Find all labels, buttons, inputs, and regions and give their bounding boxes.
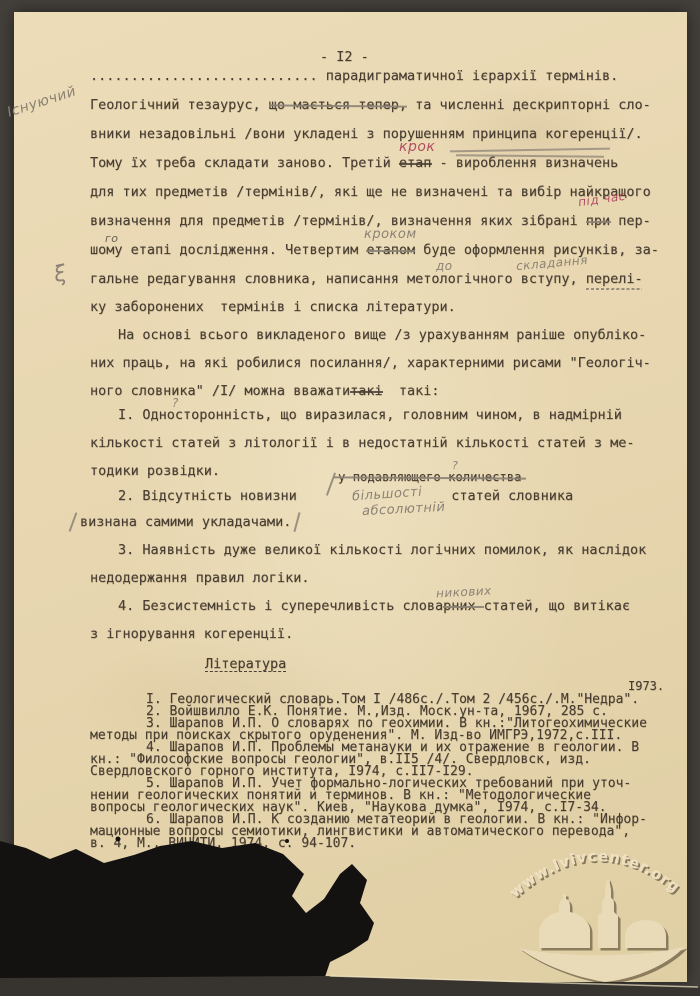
handwritten-correction-krok: крок (399, 139, 435, 155)
typed-strikethrough-taki (350, 391, 383, 393)
handwritten-insert-do: до (436, 259, 453, 273)
typed-line: для тих предметів /термінів/, які ще не … (90, 185, 651, 200)
typed-line: гальне редагування словника, написання м… (90, 272, 643, 287)
typed-line: 4. Безсистемність і суперечливість слова… (118, 599, 630, 614)
typed-line: Тому їх треба складати заново. Третій ет… (90, 156, 618, 171)
typed-line: І. Односторонність, що виразилася, голов… (118, 408, 622, 423)
literature-heading: Література (205, 658, 286, 672)
year-note: І973. (628, 680, 664, 692)
pencil-question-mark: ? (172, 396, 179, 410)
pencil-wavy-underline (586, 288, 642, 290)
typed-line: ного словника" /І/ можна вважатитакі так… (90, 384, 440, 399)
scanned-document-photo: - І2 - ............................ пара… (0, 0, 700, 996)
handwritten-correction-ho: го (105, 232, 119, 245)
watermark-city-logo (519, 878, 688, 985)
pencil-strikethrough-pry (586, 221, 611, 223)
watermark-url-arc: www.lvivcenter.org www.lvivcenter.org (507, 852, 685, 903)
svg-text:www.lvivcenter.org: www.lvivcenter.org (507, 852, 683, 901)
watermark: www.lvivcenter.org www.lvivcenter.org (503, 852, 693, 990)
typed-line: них праць, на які робилися посилання/, х… (90, 356, 651, 371)
typed-line: визнана самими укладачами. (80, 515, 291, 530)
pencil-strikethrough-arnykh (443, 606, 484, 608)
pencil-question-mark: ? (452, 459, 458, 472)
typed-line: 3. Наявність дуже великої кількості логі… (118, 543, 646, 558)
handwritten-correction-krokom: кроком (364, 227, 417, 242)
typed-line: 2. Відсутність новизни статей словника (118, 489, 573, 504)
typed-line: ............................ парадиграма… (90, 69, 618, 84)
handwritten-nykovykh: никових (436, 584, 492, 601)
page-number: - І2 - (320, 50, 369, 65)
typed-line: кількості статей з літології і в недоста… (90, 436, 635, 451)
typed-line: тодики розвідки. (90, 464, 220, 479)
pencil-strikethrough-etapom (366, 250, 415, 252)
typed-line: На основі всього викладеного вище /з ура… (118, 328, 646, 343)
typed-strikethrough-etap (399, 163, 432, 165)
typed-line: недодержання правил логіки. (90, 571, 309, 586)
typed-line: вники незадовільні /вони укладені з пору… (90, 127, 643, 142)
typed-line: з ігнорування когеренції. (90, 627, 293, 642)
typed-line: ку заборонених термінів і списка літерат… (90, 300, 456, 315)
reference-line: в. 4, М., ВИНИТИ, 1974, с. 94-107. (90, 838, 356, 850)
